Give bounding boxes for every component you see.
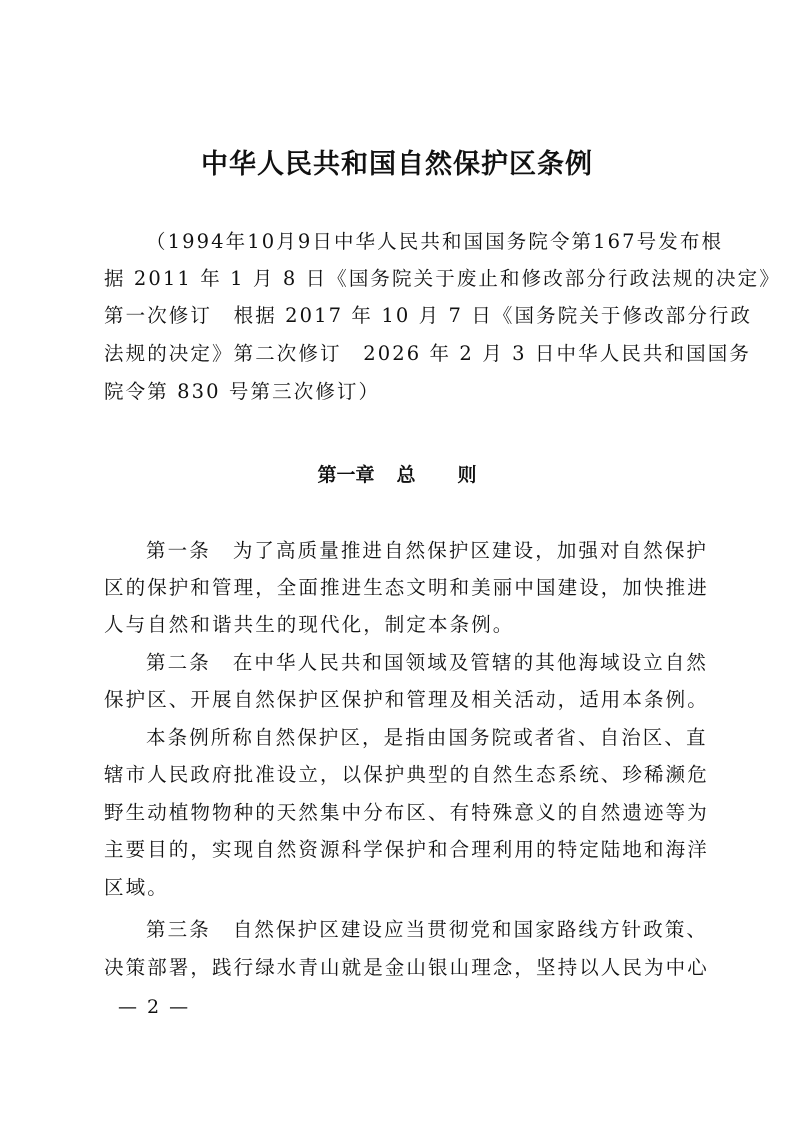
article-1-line: 区的保护和管理，全面推进生态文明和美丽中国建设，加快推进 (104, 576, 694, 600)
article-1-line: 第一条为了高质量推进自然保护区建设，加强对自然保护 (146, 539, 694, 563)
article-2-para2-line: 辖市人民政府批准设立，以保护典型的自然生态系统、珍稀濒危 (104, 763, 694, 787)
article-3-text: 自然保护区建设应当贯彻党和国家路线方针政策、 (233, 918, 708, 941)
preamble-line: 据 2011 年 1 月 8 日《国务院关于废止和修改部分行政法规的决定》 (104, 267, 694, 291)
article-2-para2-line: 主要目的，实现自然资源科学保护和合理利用的特定陆地和海洋 (104, 838, 694, 862)
chapter-number: 第一章 (317, 460, 374, 487)
article-3-label: 第三条 (146, 918, 211, 941)
article-1-line: 人与自然和谐共生的现代化，制定本条例。 (104, 613, 694, 637)
chapter-heading: 第一章总则 (0, 460, 794, 487)
article-2-line: 第二条在中华人民共和国领域及管辖的其他海域设立自然 (146, 651, 694, 675)
page-number: — 2 — (118, 996, 190, 1018)
article-1-text: 为了高质量推进自然保护区建设，加强对自然保护 (233, 539, 708, 562)
article-3-line: 决策部署，践行绿水青山就是金山银山理念，坚持以人民为中心 (104, 956, 694, 980)
preamble-line: 法规的决定》第二次修订 2026 年 2 月 3 日中华人民共和国国务 (104, 342, 694, 366)
article-2-line: 保护区、开展自然保护区保护和管理及相关活动，适用本条例。 (104, 688, 694, 712)
article-2-para2-line: 野生动植物物种的天然集中分布区、有特殊意义的自然遗迹等为 (104, 801, 694, 825)
preamble-line: 第一次修订 根据 2017 年 10 月 7 日《国务院关于修改部分行政 (104, 304, 694, 328)
article-1-label: 第一条 (146, 539, 211, 562)
chapter-title-part1: 总 (396, 460, 415, 487)
preamble-line: （1994年10月9日中华人民共和国国务院令第167号发布根 (146, 230, 694, 254)
article-3-line: 第三条自然保护区建设应当贯彻党和国家路线方针政策、 (146, 918, 694, 942)
article-2-para2-line: 本条例所称自然保护区，是指由国务院或者省、自治区、直 (146, 726, 694, 750)
article-2-text: 在中华人民共和国领域及管辖的其他海域设立自然 (233, 651, 708, 674)
article-2-para2-line: 区域。 (104, 876, 694, 900)
preamble-line: 院令第 830 号第三次修订） (104, 380, 694, 404)
document-title: 中华人民共和国自然保护区条例 (0, 142, 794, 181)
article-2-label: 第二条 (146, 651, 211, 674)
chapter-title-part2: 则 (458, 460, 477, 487)
